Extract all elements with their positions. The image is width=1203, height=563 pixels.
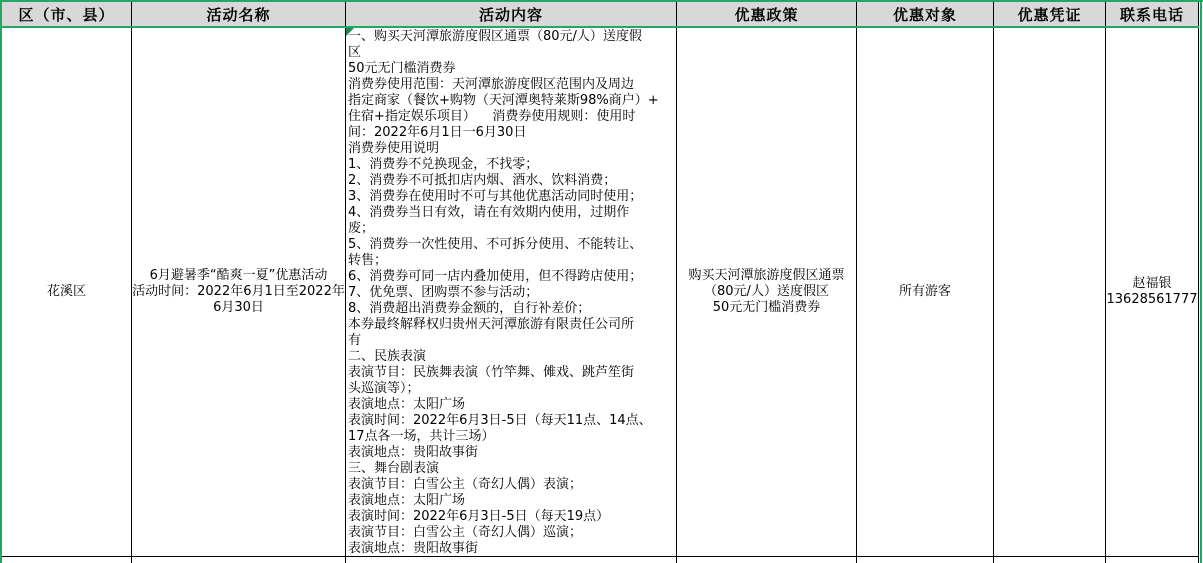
- column-header-target[interactable]: 优惠对象: [857, 2, 993, 26]
- column-border: [856, 0, 857, 563]
- column-border: [993, 0, 994, 563]
- column-header-policy[interactable]: 优惠政策: [677, 2, 856, 26]
- column-border: [131, 0, 132, 563]
- green-top-border: [0, 0, 1203, 2]
- spreadsheet-canvas: 区（市、县） 活动名称 活动内容 优惠政策 优惠对象 优惠凭证 联系电话 花溪区…: [0, 0, 1203, 563]
- cell-policy[interactable]: 购买天河潭旅游度假区通票 （80元/人）送度假区 50元无门槛消费券: [677, 28, 856, 556]
- cell-contact[interactable]: 赵福银 13628561777: [1106, 28, 1198, 556]
- column-border: [676, 0, 677, 563]
- cell-activity-name[interactable]: 6月避暑季“酷爽一夏”优惠活动 活动时间：2022年6月1日至2022年 6月3…: [132, 28, 345, 556]
- green-right-border: [1200, 0, 1202, 563]
- column-header-voucher[interactable]: 优惠凭证: [994, 2, 1105, 26]
- row-border: [0, 556, 1199, 557]
- column-border: [345, 0, 346, 563]
- green-header-bottom-border: [0, 26, 1199, 28]
- column-border: [1198, 0, 1199, 563]
- column-header-activity-name[interactable]: 活动名称: [132, 2, 345, 26]
- cell-district[interactable]: 花溪区: [2, 28, 131, 556]
- cell-activity-content[interactable]: 一、购买天河潭旅游度假区通票（80元/人）送度假 区 50元无门槛消费券 消费券…: [346, 28, 676, 556]
- cell-error-flag-icon: [346, 28, 354, 36]
- column-header-activity-content[interactable]: 活动内容: [346, 2, 676, 26]
- column-header-district[interactable]: 区（市、县）: [2, 2, 131, 26]
- green-left-border: [0, 0, 2, 563]
- cell-voucher[interactable]: [994, 28, 1105, 556]
- cell-target[interactable]: 所有游客: [857, 28, 993, 556]
- column-border: [1105, 0, 1106, 563]
- column-header-contact[interactable]: 联系电话: [1106, 2, 1198, 26]
